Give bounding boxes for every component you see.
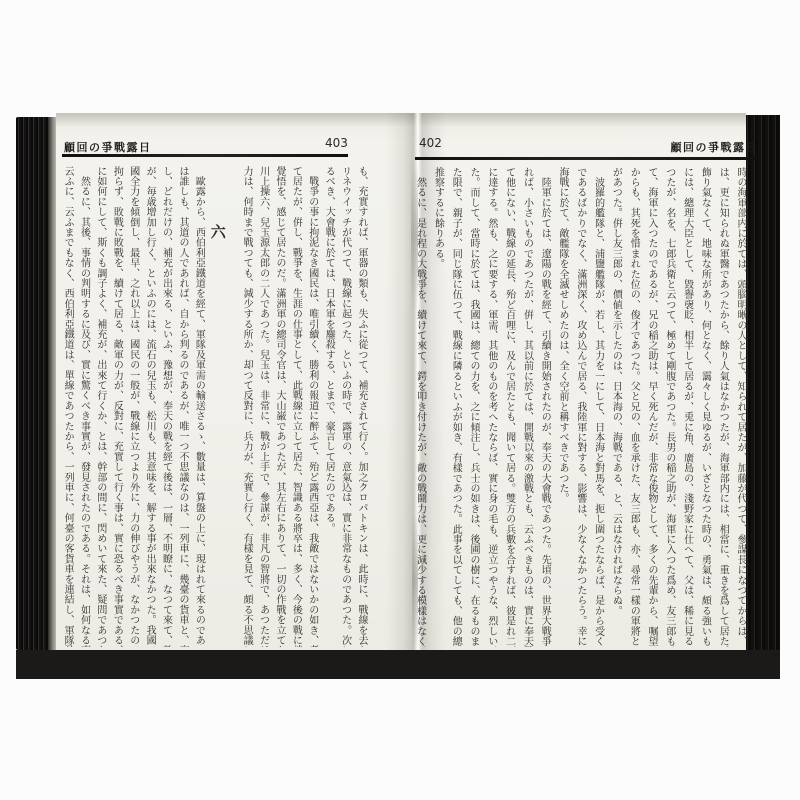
text-column: に如何にして、斯くも調子よく、補充が、出來て行くか、とは、幹部の間に、閃めいて來…	[92, 166, 108, 647]
text-column: 波羅的艦隊と、浦鹽艦隊が、若し、其力を一にして、日本海と對馬を、扼し圍つたならば…	[589, 167, 607, 647]
page-number-right: 402	[419, 136, 442, 150]
text-column: 然るに、其後、事情の判明するに及び、實に驚くべき事實が、發見されたのである。それ…	[75, 166, 91, 647]
page-edge-stack-right	[744, 115, 780, 650]
text-column: 力は、何時まで戰つても、減少する所か、却つて反對に、兵力が、充實し行く、有樣を見…	[238, 166, 254, 647]
text-column: 覺悟を、感じて居たのだ。滿洲軍の總司令官は、大山巌であつたが、其左右にありて、一…	[271, 166, 287, 647]
text-column: リネウイッチが代つて、戰線に起つた、といふの時で、露軍の、意氣込は、實に非常なも…	[336, 166, 352, 647]
text-column: は、更に知られぬ軍醫であつたから、餘り人氣はなかつたが、海軍部内には、相當に、重…	[713, 167, 731, 647]
page-text-left: も、充實すれば、軍器の類も、失ふに從つて、補充されて行く。加之クロパトキンは、此…	[58, 166, 369, 647]
text-column: も、充實すれば、軍器の類も、失ふに從つて、補充されて行く。加之クロパトキンは、此…	[353, 166, 369, 647]
header-rule-right	[415, 157, 757, 160]
page-text-right: 時の海軍部内に於ては、頭腦明晰の人として、知られて居たが、加藤が代つて、參謀長に…	[408, 167, 749, 647]
text-column: 拘らず、敗戰に敗戰を、續けて居る、敵軍の力が、反對に、充實して行く事は、實に恐る…	[108, 166, 124, 647]
text-column: た。而して、當時に於ては、我國は、總ての力を、之に傾注し、兵士の如きは、後圃の樹…	[464, 167, 482, 647]
text-column: 然るに、是れ程の大戰爭を、續けて來て、鍔を叩き付けたが、敵の戰鬪力は、更に減少す…	[411, 167, 429, 647]
header-rule-left	[62, 154, 348, 157]
running-title-left: 顧回の爭戰露日	[64, 139, 152, 155]
text-column: 海戰に於て、敵艦隊を全滅せしめたのは、全く空前と稱すべきであつた。	[553, 167, 571, 647]
running-title-right: 顧回の爭戰露日	[640, 139, 758, 155]
text-column: 推察するに餘りある。	[429, 167, 447, 647]
page-edge-stack-left	[16, 117, 50, 650]
text-column: 川上操六、兒玉源太郎の二人であつた。兒玉は、非常に、戰が上手で、參謀が、非凡の智…	[254, 166, 270, 647]
text-column: た限で、親子が、同じ隊に伍つて、戰線に隣るといふが如き、有樣であつた。此事を以て…	[446, 167, 464, 647]
text-column: て居たが、倂し、戰爭を、生涯の仕事として、此戰線に立して居た、智識ある將卒は、多…	[287, 166, 303, 647]
text-column: 飾り氣なくて、地味な所があり、何となく、靄々しく見ゆるが、いざとなつた時の、勇氣…	[696, 167, 714, 647]
text-column: であるばかりでなく、滿洲深く、攻め込んで居る、我陸軍に對する、影響は、少なくなか…	[571, 167, 589, 647]
section-heading: 六	[209, 166, 225, 647]
text-column: があつた。倂し友三郎の、價値を示したのは、日本海の、海戰である、と、云はなければ…	[607, 167, 625, 647]
book-bottom-cover-edge	[16, 650, 780, 679]
text-column: 歐露から、西伯利亞鐵道を經て、軍隊及軍需の輸送さるゝ、數量は、算盤の上に、現はれ…	[190, 166, 206, 647]
text-column: が、毎歳增加し行く、といふのには、流石の兒玉も、松川も、其意味を、解する事が出來…	[141, 166, 157, 647]
text-column: 云ふに、云ふまでもなく、西伯利亞鐵道は、單線であつたから、一列車に、何臺の客貨車…	[59, 166, 75, 647]
text-column: るべき、大會戰に於ては、日本軍を鏖殺する、とまで、豪言して居たのである。	[320, 166, 336, 647]
text-column: て、海軍に入つたのであるが、兄の稲之助は、早く死んだが、非常な俊物として、多くの…	[642, 167, 660, 647]
text-column: つたが、名を、七郎兵衛と云つて、極めて剛腹であつた。長男の稲之助が、海軍に入つた…	[660, 167, 678, 647]
text-column: に達する。然も、之に要する、軍需、其他のものを考へたならば、實に身の毛も、逆立つ…	[482, 167, 500, 647]
text-column: れば、小さいものであつたが、倂し、其以前に於ては、開戰以來の激戰とも、云ふべきも…	[518, 167, 536, 647]
text-column: し、どれだけの、補充が出來る、といふ、豫想が、奉天の戰を經て後は、一層、不明瞭に…	[157, 166, 173, 647]
text-column: て他にない、戰線の延長、殆ど百哩に、及んで居たとも、聞いて居る。雙方の兵數を合す…	[500, 167, 518, 647]
text-column: には、總理大臣として、毀譽襃貶、相半して居るが、兎に角、廣島の、淺野家に仕へて、…	[678, 167, 696, 647]
book-photo: 顧回の爭戰露日 403 402 顧回の爭戰露日 も、充實すれば、軍器の類も、失ふ…	[0, 0, 800, 800]
text-column: 國全力を傾倒し、最早、之れ以上は、國民の一般が、戰線に立つより外に、力の伸びやう…	[124, 166, 140, 647]
text-column: 戰爭の事に拘泥なき國民は、唯引續く、勝利の報道に醉ふて、殆ど露西亞は、我敵ではな…	[303, 166, 319, 647]
text-column: は誰しも、其道の人であれば、自から判るのであるが、唯一つ不思議なのは、一列車に、…	[174, 166, 190, 647]
text-column: 陸軍に於ては、遼陽の戰を經て、引續き開始されたのが、奉天の大會戰であつた。先頃の…	[535, 167, 553, 647]
text-column: からも、其死を惜まれた位の、俊才であつた。父と兄の、血を承けた、友三郎も、亦、尋…	[624, 167, 642, 647]
page-number-left: 403	[325, 136, 348, 150]
text-column: 時の海軍部内に於ては、頭腦明晰の人として、知られて居たが、加藤が代つて、參謀長に…	[731, 167, 749, 647]
